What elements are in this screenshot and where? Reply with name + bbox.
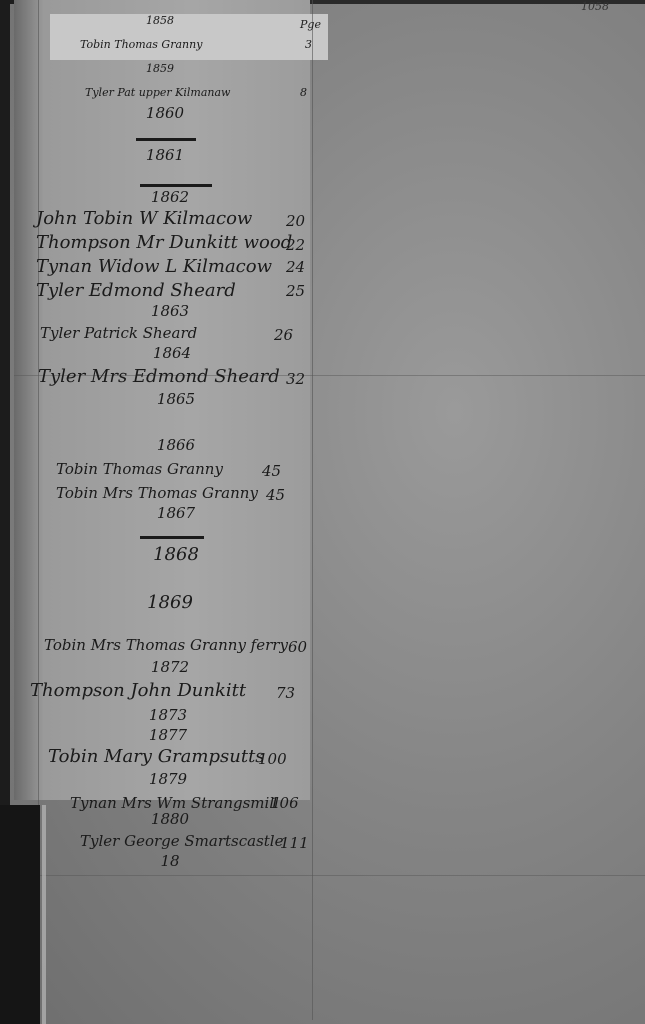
year-heading: 1862 xyxy=(130,188,210,206)
year-heading: 1879 xyxy=(128,770,208,788)
page-number: 100 xyxy=(258,750,287,768)
page-number: 32 xyxy=(286,370,305,388)
page-number: 24 xyxy=(286,258,305,276)
page-number: 20 xyxy=(286,212,305,230)
binding-stub xyxy=(0,805,40,1024)
page-number: 8 xyxy=(300,86,307,99)
year-heading: 18 xyxy=(130,852,210,870)
year-heading: 1877 xyxy=(128,726,208,744)
section-rule xyxy=(136,138,196,141)
page-number: 22 xyxy=(286,236,305,254)
page-number: 25 xyxy=(286,282,305,300)
ledger-entry: Tyler Pat upper Kilmanaw xyxy=(85,86,230,99)
page-number: 106 xyxy=(270,794,299,812)
year-heading: 1859 xyxy=(120,62,200,75)
ledger-entry: Tobin Mrs Thomas Granny xyxy=(56,484,258,502)
page-column-label: Pge xyxy=(300,18,321,31)
year-heading: 1865 xyxy=(136,390,216,408)
ledger-entry: Thompson Mr Dunkitt wood xyxy=(36,232,292,253)
year-heading: 1880 xyxy=(130,810,210,828)
page-number: 45 xyxy=(266,486,285,504)
page-number: 26 xyxy=(274,326,293,344)
section-rule xyxy=(140,536,204,539)
year-heading: 1867 xyxy=(136,504,216,522)
year-heading: 1863 xyxy=(130,302,210,320)
ledger-entry: Tobin Mary Grampsutts xyxy=(48,746,265,767)
ledger-entry: Tyler Edmond Sheard xyxy=(36,280,236,301)
year-heading: 1864 xyxy=(132,344,212,362)
year-heading: 1868 xyxy=(136,544,216,565)
ledger-entry: Tobin Thomas Granny xyxy=(80,38,202,51)
page-number: 73 xyxy=(276,684,295,702)
section-rule xyxy=(140,184,212,187)
year-heading: 1858 xyxy=(120,14,200,27)
column-divider xyxy=(312,0,313,1020)
year-heading: 1869 xyxy=(130,592,210,613)
corner-mark: 1058 xyxy=(581,0,609,13)
page-number: 60 xyxy=(288,638,307,656)
ledger-entry: Thompson John Dunkitt xyxy=(30,680,246,701)
binding-edge xyxy=(42,805,46,1024)
ledger-entry: Tobin Thomas Granny xyxy=(56,460,223,478)
ledger-entry: Tyler Mrs Edmond Sheard xyxy=(38,366,280,387)
year-heading: 1861 xyxy=(125,146,205,164)
page-number: 111 xyxy=(280,834,309,852)
ledger-entry: Tyler Patrick Sheard xyxy=(40,324,197,342)
year-heading: 1873 xyxy=(128,706,208,724)
year-heading: 1860 xyxy=(125,104,205,122)
ruled-line xyxy=(14,875,645,876)
ledger-entry: John Tobin W Kilmacow xyxy=(36,208,252,229)
page-number: 3 xyxy=(305,38,312,51)
ledger-entry: Tyler George Smartscastle xyxy=(80,832,283,850)
year-heading: 1872 xyxy=(130,658,210,676)
ledger-entry: Tobin Mrs Thomas Granny ferry xyxy=(44,636,288,654)
year-heading: 1866 xyxy=(136,436,216,454)
ledger-entry: Tynan Widow L Kilmacow xyxy=(36,256,272,277)
page-number: 45 xyxy=(262,462,281,480)
